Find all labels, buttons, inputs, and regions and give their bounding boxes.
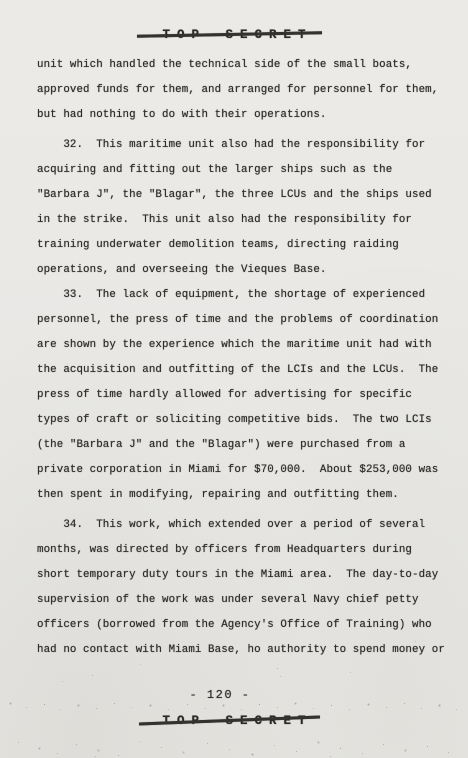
paragraph-continuation: unit which handled the technical side of…	[37, 53, 449, 128]
page-number: - 120 -	[0, 688, 454, 702]
scan-noise-speckles	[0, 0, 1, 1]
paragraph-34: 34. This work, which extended over a per…	[37, 513, 449, 663]
paragraph-32: 32. This maritime unit also had the resp…	[37, 133, 449, 283]
classification-stamp-top-inner: TOP SECRET	[155, 25, 312, 43]
classification-stamp-bottom: TOP SECRET	[0, 711, 468, 729]
classification-stamp-bottom-inner: TOP SECRET	[155, 711, 312, 729]
scanned-document-page: TOP SECRET unit which handled the techni…	[0, 0, 468, 758]
paragraph-33: 33. The lack of equipment, the shortage …	[37, 283, 449, 508]
classification-stamp-top: TOP SECRET	[0, 25, 468, 43]
